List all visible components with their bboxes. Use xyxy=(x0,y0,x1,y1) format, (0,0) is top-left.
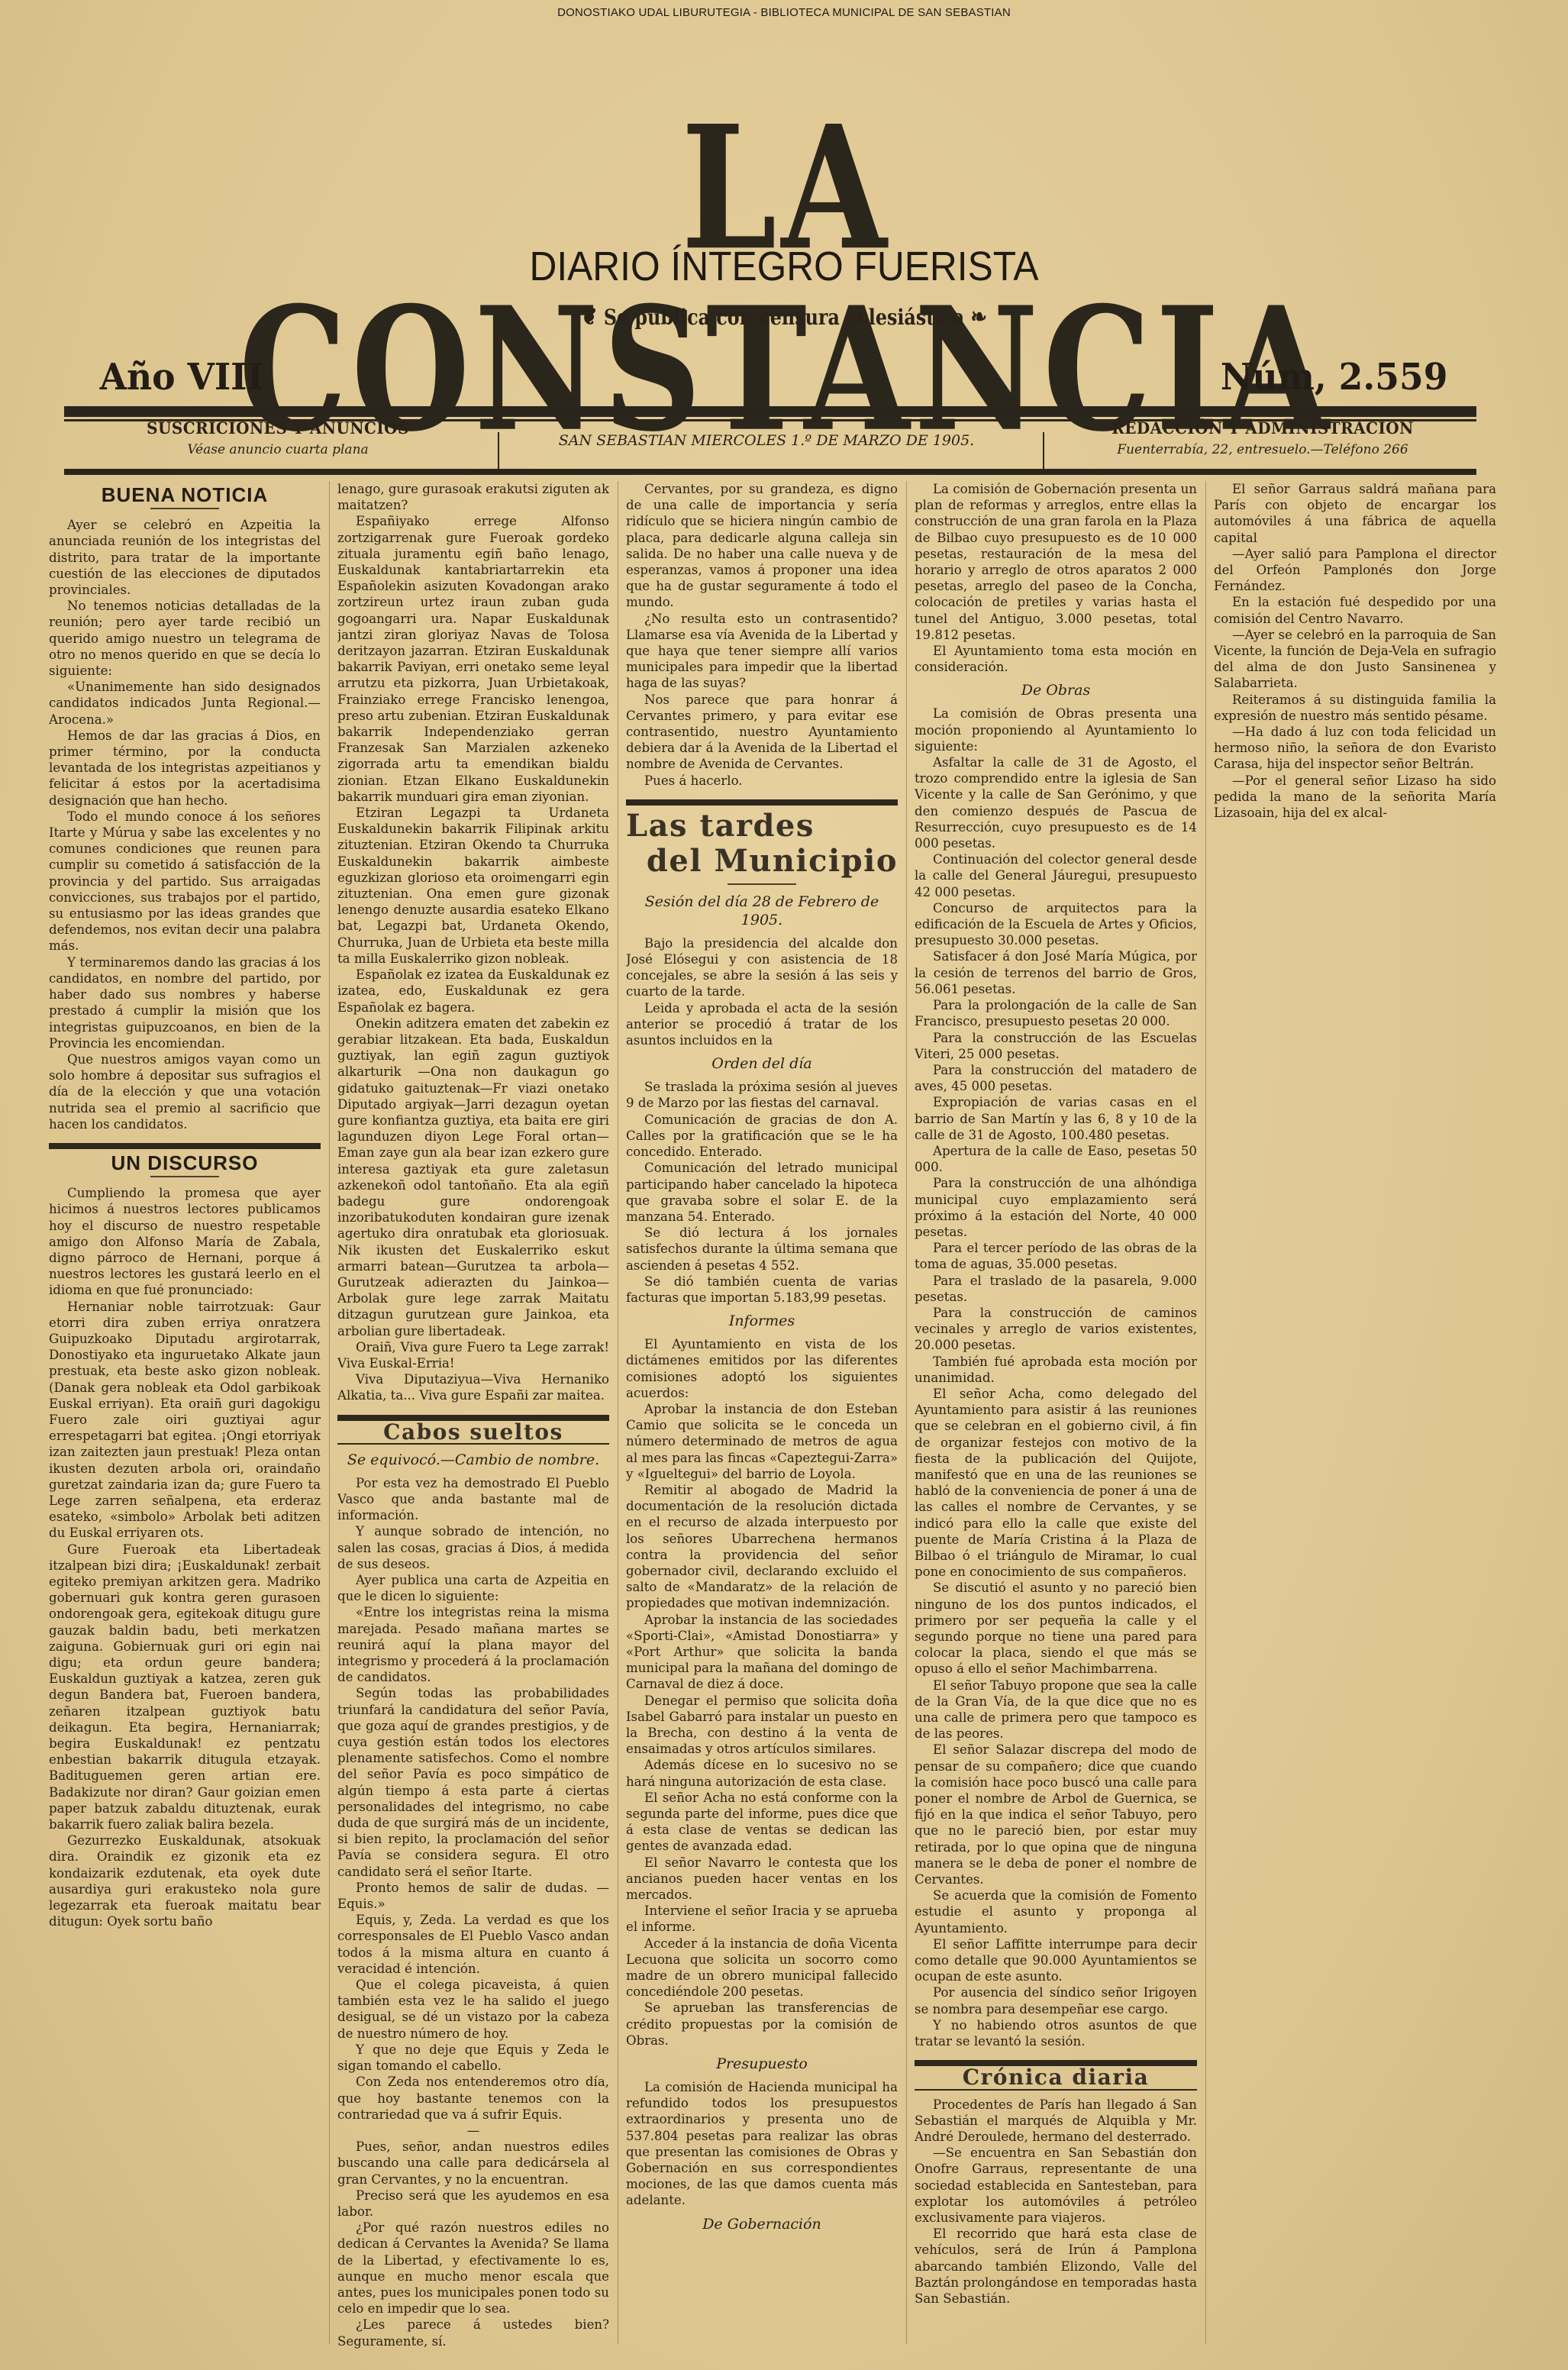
paragraph: Que nuestros amigos vayan como un solo h… xyxy=(49,1051,321,1132)
paragraph: El señor Navarro le contesta que los anc… xyxy=(626,1855,898,1903)
paragraph: Expropiación de varias casas en el barri… xyxy=(915,1094,1197,1143)
section-rule xyxy=(49,1143,321,1149)
column-4: La comisión de Gobernación presenta un p… xyxy=(915,481,1197,2352)
paragraph: Satisfacer á don José María Múgica, por … xyxy=(915,948,1197,997)
article-title-cabos-sueltos: Cabos sueltos xyxy=(337,1424,609,1440)
paragraph: El señor Garraus saldrá mañana para Parí… xyxy=(1214,481,1496,546)
censorship-text: Se publica con censura eclesiástica xyxy=(604,305,964,330)
paragraph: Equis, y, Zeda. La verdad es que los cor… xyxy=(337,1912,609,1977)
issue-date: SAN SEBASTIAN MIERCOLES 1.º DE MARZO DE … xyxy=(507,432,1026,449)
subheading-orden-del-dia: Orden del día xyxy=(626,1054,898,1073)
article-title-un-discurso: UN DISCURSO xyxy=(49,1155,321,1171)
article-las-tardes-header: Las tardesdel MunicipioSesión del día 28… xyxy=(626,799,898,929)
newspaper-subtitle: DIARIO ÍNTEGRO FUERISTA xyxy=(63,243,1505,290)
paragraph: Leida y aprobada el acta de la sesión an… xyxy=(626,1000,898,1049)
paragraph: Se dió también cuenta de varias facturas… xyxy=(626,1274,898,1306)
paragraph: Hemos de dar las gracias á Dios, en prim… xyxy=(49,728,321,809)
paragraph: El Ayuntamiento toma esta moción en cons… xyxy=(915,643,1197,675)
paragraph: Y que no deje que Equis y Zeda le sigan … xyxy=(337,2042,609,2074)
paragraph: Cervantes, por su grandeza, es digno de … xyxy=(626,481,898,611)
issue-number: Núm, 2.559 xyxy=(1221,356,1448,399)
ornament-left-icon: ❦ xyxy=(581,304,597,331)
article-title-las-tardes: Las tardesdel Municipio xyxy=(626,809,898,879)
paragraph: Hernaniar noble tairrotzuak: Gaur etorri… xyxy=(49,1299,321,1542)
year-label: Año VIII xyxy=(100,356,263,399)
article-cabos-sueltos-continued: Cervantes, por su grandeza, es digno de … xyxy=(626,481,898,789)
subheading-obras: De Obras xyxy=(915,681,1197,699)
paragraph: ¿Por qué razón nuestros ediles no dedica… xyxy=(337,2220,609,2317)
paragraph: En la estación fué despedido por una com… xyxy=(1214,594,1496,626)
info-separator xyxy=(1043,432,1044,470)
paragraph: Oraiñ, Viva gure Fuero ta Lege zarrak! V… xyxy=(337,1339,609,1371)
subheading-presupuesto: Presupuesto xyxy=(626,2055,898,2073)
paragraph: —Por el general señor Lizaso ha sido ped… xyxy=(1214,773,1496,822)
paragraph: Ayer se celebró en Azpeitia la anunciada… xyxy=(49,517,321,598)
article-title-buena-noticia: BUENA NOTICIA xyxy=(49,487,321,503)
paragraph: Para la construcción de las Escuelas Vit… xyxy=(915,1030,1197,1062)
title-line-1: Las tardes xyxy=(626,808,815,844)
header-bottom-rule xyxy=(64,469,1476,475)
title-rule xyxy=(150,508,219,509)
paragraph: — xyxy=(337,2123,609,2139)
paragraph: —Ayer salió para Pamplona el director de… xyxy=(1214,546,1496,595)
article-buena-noticia: Ayer se celebró en Azpeitia la anunciada… xyxy=(49,517,321,1132)
column-divider xyxy=(1205,481,1206,2344)
paragraph: lenago, gure gurasoak erakutsi ziguten a… xyxy=(337,481,609,513)
subheading-gobernacion: De Gobernación xyxy=(626,2215,898,2233)
archive-credit: DONOSTIAKO UDAL LIBURUTEGIA - BIBLIOTECA… xyxy=(0,6,1568,19)
paragraph: La comisión de Obras presenta una moción… xyxy=(915,706,1197,754)
paragraph: Todo el mundo conoce á los señores Itart… xyxy=(49,809,321,954)
editorial-office-title: REDACCIÓN Y ADMINISTRACION xyxy=(1060,418,1466,438)
paragraph: Comunicación de gracias de don A. Calles… xyxy=(626,1112,898,1161)
subscriptions-title: SUSCRICIONES Y ANUNCIOS xyxy=(75,418,481,438)
paragraph: Se dió lectura á los jornales satisfecho… xyxy=(626,1225,898,1274)
article-un-discurso-continued: lenago, gure gurasoak erakutsi ziguten a… xyxy=(337,481,609,1404)
paragraph: El señor Tabuyo propone que sea la calle… xyxy=(915,1677,1197,1742)
paragraph: Ayer publica una carta de Azpeitia en qu… xyxy=(337,1572,609,1604)
masthead-rule xyxy=(64,406,1476,417)
column-5: El señor Garraus saldrá mañana para Parí… xyxy=(1214,481,1496,2352)
paragraph: «Entre los integristas reina la misma ma… xyxy=(337,1604,609,1685)
info-separator xyxy=(498,432,499,470)
paragraph: Asfaltar la calle de 31 de Agosto, el tr… xyxy=(915,754,1197,851)
paragraph: El señor Acha no está conforme con la se… xyxy=(626,1790,898,1855)
paragraph: Se traslada la próxima sesión al jueves … xyxy=(626,1079,898,1111)
paragraph: Para la construcción de caminos vecinale… xyxy=(915,1305,1197,1354)
paragraph: Se discutió el asunto y no pareció bien … xyxy=(915,1580,1197,1677)
editorial-office-block: REDACCIÓN Y ADMINISTRACION Fuenterrabía,… xyxy=(1049,418,1476,457)
paragraph: Para el traslado de la pasarela, 9.000 p… xyxy=(915,1273,1197,1305)
paragraph: Para la construcción de una alhóndiga mu… xyxy=(915,1175,1197,1240)
paragraph: Para el tercer período de las obras de l… xyxy=(915,1240,1197,1272)
paragraph: Nos parece que para honrar á Cervantes p… xyxy=(626,692,898,773)
paragraph: La comisión de Hacienda municipal ha ref… xyxy=(626,2079,898,2209)
paragraph: El señor Laffitte interrumpe para decir … xyxy=(915,1936,1197,1985)
paragraph: —Ayer se celebró en la parroquia de San … xyxy=(1214,627,1496,692)
paragraph: Se acuerda que la comisión de Fomento es… xyxy=(915,1887,1197,1936)
issue-date-block: SAN SEBASTIAN MIERCOLES 1.º DE MARZO DE … xyxy=(507,432,1026,449)
column-divider xyxy=(329,481,330,2344)
paragraph: —Se encuentra en San Sebastián don Onofr… xyxy=(915,2145,1197,2226)
paragraph: Y terminaremos dando las gracias á los c… xyxy=(49,954,321,1051)
article-columns: BUENA NOTICIA Ayer se celebró en Azpeiti… xyxy=(49,481,1484,2359)
subscriptions-note: Véase anuncio cuarta plana xyxy=(64,442,492,457)
paragraph: Pues á hacerlo. xyxy=(626,773,898,789)
paragraph: Para la construcción del matadero de ave… xyxy=(915,1062,1197,1094)
editorial-office-address: Fuenterrabía, 22, entresuelo.—Teléfono 2… xyxy=(1049,442,1476,457)
paragraph: No tenemos noticias detalladas de la reu… xyxy=(49,598,321,679)
article-cabos-sueltos: Por esta vez ha demostrado El Pueblo Vas… xyxy=(337,1475,609,2349)
paragraph: El recorrido que hará esta clase de vehí… xyxy=(915,2226,1197,2307)
paragraph: Preciso será que les ayudemos en esa lab… xyxy=(337,2188,609,2220)
paragraph: Bajo la presidencia del alcalde don José… xyxy=(626,935,898,1000)
paragraph: Pues, señor, andan nuestros ediles busca… xyxy=(337,2139,609,2188)
paragraph: Con Zeda nos entenderemos otro día, que … xyxy=(337,2074,609,2123)
ornament-right-icon: ❧ xyxy=(970,304,986,331)
column-2: lenago, gure gurasoak erakutsi ziguten a… xyxy=(337,481,609,2352)
paragraph: Por esta vez ha demostrado El Pueblo Vas… xyxy=(337,1475,609,1524)
title-rule xyxy=(150,1176,219,1177)
article-title-cronica-diaria: Crónica diaria xyxy=(915,2069,1197,2085)
paragraph: —Ha dado á luz con toda felicidad un her… xyxy=(1214,724,1496,773)
paragraph: Apertura de la calle de Easo, pesetas 50… xyxy=(915,1143,1197,1175)
paragraph: El Ayuntamiento en vista de los dictámen… xyxy=(626,1336,898,1401)
newspaper-page: DONOSTIAKO UDAL LIBURUTEGIA - BIBLIOTECA… xyxy=(0,0,1568,2370)
paragraph: El señor Acha, como delegado del Ayuntam… xyxy=(915,1386,1197,1580)
paragraph: Según todas las probabilidades triunfará… xyxy=(337,1685,609,1879)
paragraph: ¿Les parece á ustedes bien? Seguramente,… xyxy=(337,2317,609,2349)
paragraph: Además dícese en lo sucesivo no se hará … xyxy=(626,1757,898,1789)
column-divider xyxy=(618,481,618,2344)
paragraph: Aprobar la instancia de don Esteban Cami… xyxy=(626,1401,898,1482)
paragraph: Gure Fueroak eta Libertadeak itzalpean b… xyxy=(49,1542,321,1833)
session-date: Sesión del día 28 de Febrero de 1905. xyxy=(626,893,898,929)
paragraph: Se aprueban las transferencias de crédit… xyxy=(626,2000,898,2049)
paragraph: También fué aprobada esta moción por una… xyxy=(915,1354,1197,1386)
column-3: Cervantes, por su grandeza, es digno de … xyxy=(626,481,898,2352)
paragraph: Procedentes de París han llegado á San S… xyxy=(915,2097,1197,2146)
paragraph: Gezurrezko Euskaldunak, atsokuak dira. O… xyxy=(49,1832,321,1929)
section-rule xyxy=(626,799,898,806)
paragraph: Comunicación del letrado municipal parti… xyxy=(626,1160,898,1225)
paragraph: Etziran Legazpi ta Urdaneta Euskalduneki… xyxy=(337,805,609,967)
paragraph: Viva Diputaziyua—Viva Hernaniko Alkatia,… xyxy=(337,1371,609,1403)
column-1: BUENA NOTICIA Ayer se celebró en Azpeiti… xyxy=(49,481,321,2352)
paragraph: Pronto hemos de salir de dudas. —Equis.» xyxy=(337,1880,609,1912)
info-band: SUSCRICIONES Y ANUNCIOS Véase anuncio cu… xyxy=(64,418,1476,472)
title-rule xyxy=(728,883,796,885)
title-line-2: del Municipio xyxy=(626,844,898,879)
paragraph: Para la prolongación de la calle de San … xyxy=(915,997,1197,1029)
paragraph: Continuación del colector general desde … xyxy=(915,851,1197,900)
paragraph: Remitir al abogado de Madrid la document… xyxy=(626,1482,898,1612)
paragraph: Denegar el permiso que solicita doña Isa… xyxy=(626,1693,898,1758)
paragraph: Aprobar la instancia de las sociedades «… xyxy=(626,1612,898,1693)
paragraph: Concurso de arquitectos para la edificac… xyxy=(915,900,1197,949)
paragraph: La comisión de Gobernación presenta un p… xyxy=(915,481,1197,643)
paragraph: Acceder á la instancia de doña Vicenta L… xyxy=(626,1936,898,2000)
paragraph: Y no habiendo otros asuntos de que trata… xyxy=(915,2017,1197,2049)
paragraph: Españiyako errege Alfonso zortzigarrenak… xyxy=(337,513,609,805)
paragraph: Por ausencia del síndico señor Irigoyen … xyxy=(915,1984,1197,2016)
paragraph: Españolak ez izatea da Euskaldunak ez iz… xyxy=(337,967,609,1015)
article-un-discurso: Cumpliendo la promesa que ayer hicimos á… xyxy=(49,1185,321,1929)
paragraph: Reiteramos á su distinguida familia la e… xyxy=(1214,692,1496,724)
paragraph: ¿No resulta esto un contrasentido? Llama… xyxy=(626,611,898,692)
paragraph: Que el colega picaveista, á quien tambié… xyxy=(337,1977,609,2042)
paragraph: Cumpliendo la promesa que ayer hicimos á… xyxy=(49,1185,321,1298)
paragraph: Y aunque sobrado de intención, no salen … xyxy=(337,1523,609,1572)
paragraph: Interviene el señor Iracia y se aprueba … xyxy=(626,1903,898,1935)
subscriptions-block: SUSCRICIONES Y ANUNCIOS Véase anuncio cu… xyxy=(64,418,492,457)
paragraph: Onekin aditzera ematen det zabekin ez ge… xyxy=(337,1015,609,1339)
column-divider xyxy=(906,481,907,2344)
censorship-note: ❦ Se publica con censura eclesiástica ❧ xyxy=(118,304,1450,331)
subheading-informes: Informes xyxy=(626,1312,898,1330)
cabos-sueltos-subtitle: Se equivocó.—Cambio de nombre. xyxy=(337,1451,609,1469)
paragraph: «Unanimemente han sido designados candid… xyxy=(49,679,321,728)
paragraph: El señor Salazar discrepa del modo de pe… xyxy=(915,1742,1197,1887)
